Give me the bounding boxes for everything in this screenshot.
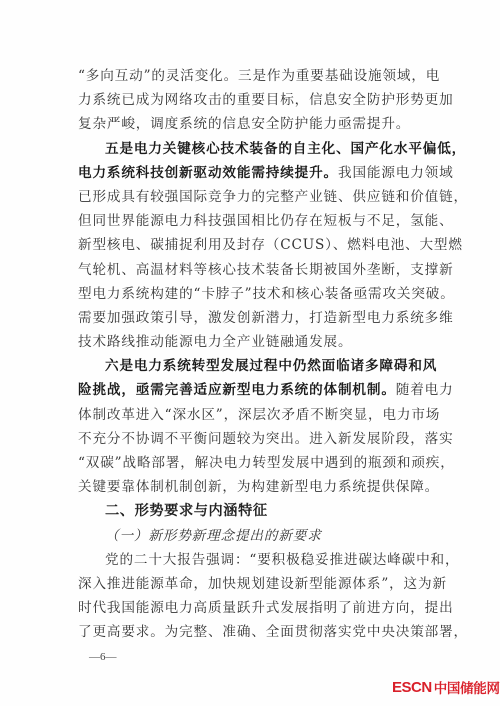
- paragraph-line: 已形成具有较强国际竞争力的完整产业链、供应链和价值链，: [78, 185, 428, 209]
- paragraph-line: 深入推进能源革命，加快规划建设新型能源体系”，这为新: [78, 572, 428, 596]
- paragraph-line: 新型核电、碳捕捉利用及封存（CCUS）、燃料电池、大型燃: [78, 233, 428, 257]
- paragraph-line: 电力系统科技创新驱动效能需持续提升。我国能源电力领域: [78, 161, 428, 185]
- escn-watermark-logo: ESCN 中国储能网: [392, 678, 500, 696]
- paragraph-line: 党的二十大报告强调：“要积极稳妥推进碳达峰碳中和，: [78, 548, 428, 572]
- bold-lead: 险挑战，亟需完善适应新型电力系统的体制机制。: [78, 382, 396, 398]
- bold-lead: 五是电力关键核心技术装备的自主化、国产化水平偏低，: [105, 141, 466, 157]
- paragraph-line: 体制改革进入“深水区”，深层次矛盾不断突显，电力市场: [78, 403, 428, 427]
- bold-lead: 六是电力系统转型发展过程中仍然面临诸多障碍和风: [105, 358, 437, 374]
- paragraph-line: 不充分不协调不平衡问题较为突出。进入新发展阶段，落实: [78, 427, 428, 451]
- subsection-heading: （一）新形势新理念提出的新要求: [78, 524, 428, 548]
- section-heading: 二、形势要求与内涵特征: [78, 499, 428, 523]
- logo-chinese-text: 中国储能网: [434, 677, 500, 697]
- paragraph-line: 关键要靠体制机制创新，为构建新型电力系统提供保障。: [78, 475, 428, 499]
- paragraph-line-point-five: 五是电力关键核心技术装备的自主化、国产化水平偏低，: [78, 137, 428, 161]
- paragraph-line: 险挑战，亟需完善适应新型电力系统的体制机制。随着电力: [78, 378, 428, 402]
- paragraph-line: “多向互动”的灵活变化。三是作为重要基础设施领域，电: [78, 64, 428, 88]
- paragraph-line: 型电力系统构建的“卡脖子”技术和核心装备亟需攻关突破。: [78, 282, 428, 306]
- page-number: —6—: [89, 651, 117, 663]
- paragraph-line: “双碳”战略部署，解决电力转型发展中遇到的瓶颈和顽疾，: [78, 451, 428, 475]
- paragraph-line: 但同世界能源电力科技强国相比仍存在短板与不足，氢能、: [78, 209, 428, 233]
- document-body: “多向互动”的灵活变化。三是作为重要基础设施领域，电 力系统已成为网络攻击的重要…: [78, 64, 428, 645]
- paragraph-line: 复杂严峻，调度系统的信息安全防护能力亟需提升。: [78, 112, 428, 136]
- document-page: “多向互动”的灵活变化。三是作为重要基础设施领域，电 力系统已成为网络攻击的重要…: [0, 0, 500, 706]
- paragraph-line: 技术路线推动能源电力全产业链融通发展。: [78, 330, 428, 354]
- paragraph-line: 力系统已成为网络攻击的重要目标，信息安全防护形势更加: [78, 88, 428, 112]
- paragraph-line: 了更高要求。为完整、准确、全面贯彻落实党中央决策部署，: [78, 620, 428, 644]
- paragraph-line-point-six: 六是电力系统转型发展过程中仍然面临诸多障碍和风: [78, 354, 428, 378]
- bold-lead: 电力系统科技创新驱动效能需持续提升。: [78, 165, 338, 181]
- paragraph-line: 需要加强政策引导，激发创新潜力，打造新型电力系统多维: [78, 306, 428, 330]
- paragraph-line: 气轮机、高温材料等核心技术装备长期被国外垄断，支撑新: [78, 258, 428, 282]
- paragraph-line: 时代我国能源电力高质量跃升式发展指明了前进方向，提出: [78, 596, 428, 620]
- logo-latin-text: ESCN: [392, 679, 432, 696]
